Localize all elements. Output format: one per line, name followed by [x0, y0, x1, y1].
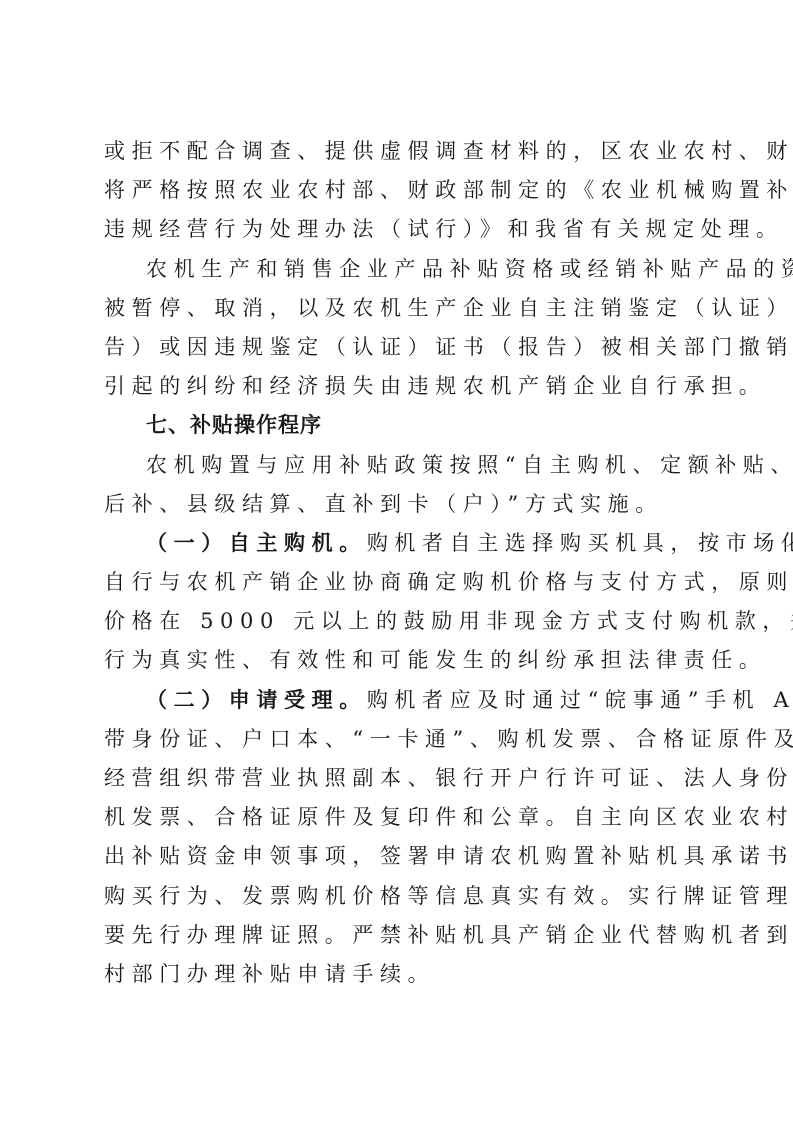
- text-line: 机发票、合格证原件及复印件和公章。自主向区农业农村部门提: [104, 798, 692, 837]
- text-line: 购买行为、发票购机价格等信息真实有效。实行牌证管理的机具，: [104, 877, 692, 916]
- text-run: 购机者应及时通过“皖事通”手机 APP 或携: [367, 688, 793, 712]
- section-heading: 七、补贴操作程序: [104, 406, 692, 445]
- text-line: 被暂停、取消，以及农机生产企业自主注销鉴定（认证）证书（报: [104, 289, 692, 328]
- text-line: 引起的纠纷和经济损失由违规农机产销企业自行承担。: [104, 367, 692, 406]
- text-line: 自行与农机产销企业协商确定购机价格与支付方式，原则上购机: [104, 563, 692, 602]
- text-line: 出补贴资金申领事项，签署申请农机购置补贴机具承诺书、承诺: [104, 837, 692, 876]
- paragraph-implementation-method: 农机购置与应用补贴政策按照“自主购机、定额补贴、先购 后补、县级结算、直补到卡（…: [104, 446, 692, 524]
- text-line: 后补、县级结算、直补到卡（户）”方式实施。: [104, 485, 692, 524]
- text-line: 价格在 5000 元以上的鼓励用非现金方式支付购机款，并对交易: [104, 602, 692, 641]
- text-line: 农机购置与应用补贴政策按照“自主购机、定额补贴、先购: [104, 446, 692, 485]
- paragraph-violation-handling: 或拒不配合调查、提供虚假调查材料的，区农业农村、财政部门 将严格按照农业农村部、…: [104, 132, 692, 250]
- text-line: （一）自主购机。购机者自主选择购买机具，按市场化原则: [104, 524, 692, 563]
- text-line: 将严格按照农业农村部、财政部制定的《农业机械购置补贴产品: [104, 171, 692, 210]
- subsection-title: （一）自主购机。: [146, 531, 367, 555]
- text-line: 农机生产和销售企业产品补贴资格或经销补贴产品的资格: [104, 250, 692, 289]
- subsection-title: （二）申请受理。: [146, 688, 367, 712]
- text-line: 违规经营行为处理办法（试行）》和我省有关规定处理。: [104, 210, 692, 249]
- paragraph-self-purchase: （一）自主购机。购机者自主选择购买机具，按市场化原则 自行与农机产销企业协商确定…: [104, 524, 692, 681]
- text-line: 经营组织带营业执照副本、银行开户行许可证、法人身份证、购: [104, 759, 692, 798]
- text-line: 要先行办理牌证照。严禁补贴机具产销企业代替购机者到农业农: [104, 916, 692, 955]
- document-page: 或拒不配合调查、提供虚假调查材料的，区农业农村、财政部门 将严格按照农业农村部、…: [104, 132, 692, 994]
- paragraph-qualification-suspension: 农机生产和销售企业产品补贴资格或经销补贴产品的资格 被暂停、取消，以及农机生产企…: [104, 250, 692, 407]
- paragraph-application-acceptance: （二）申请受理。购机者应及时通过“皖事通”手机 APP 或携 带身份证、户口本、…: [104, 681, 692, 995]
- text-run: 购机者自主选择购买机具，按市场化原则: [367, 531, 793, 555]
- text-line: 告）或因违规鉴定（认证）证书（报告）被相关部门撤销等，所: [104, 328, 692, 367]
- text-line: 带身份证、户口本、“一卡通”、购机发票、合格证原件及复印件，: [104, 720, 692, 759]
- text-line: 行为真实性、有效性和可能发生的纠纷承担法律责任。: [104, 641, 692, 680]
- text-line: 或拒不配合调查、提供虚假调查材料的，区农业农村、财政部门: [104, 132, 692, 171]
- text-line: （二）申请受理。购机者应及时通过“皖事通”手机 APP 或携: [104, 681, 692, 720]
- text-line: 村部门办理补贴申请手续。: [104, 955, 692, 994]
